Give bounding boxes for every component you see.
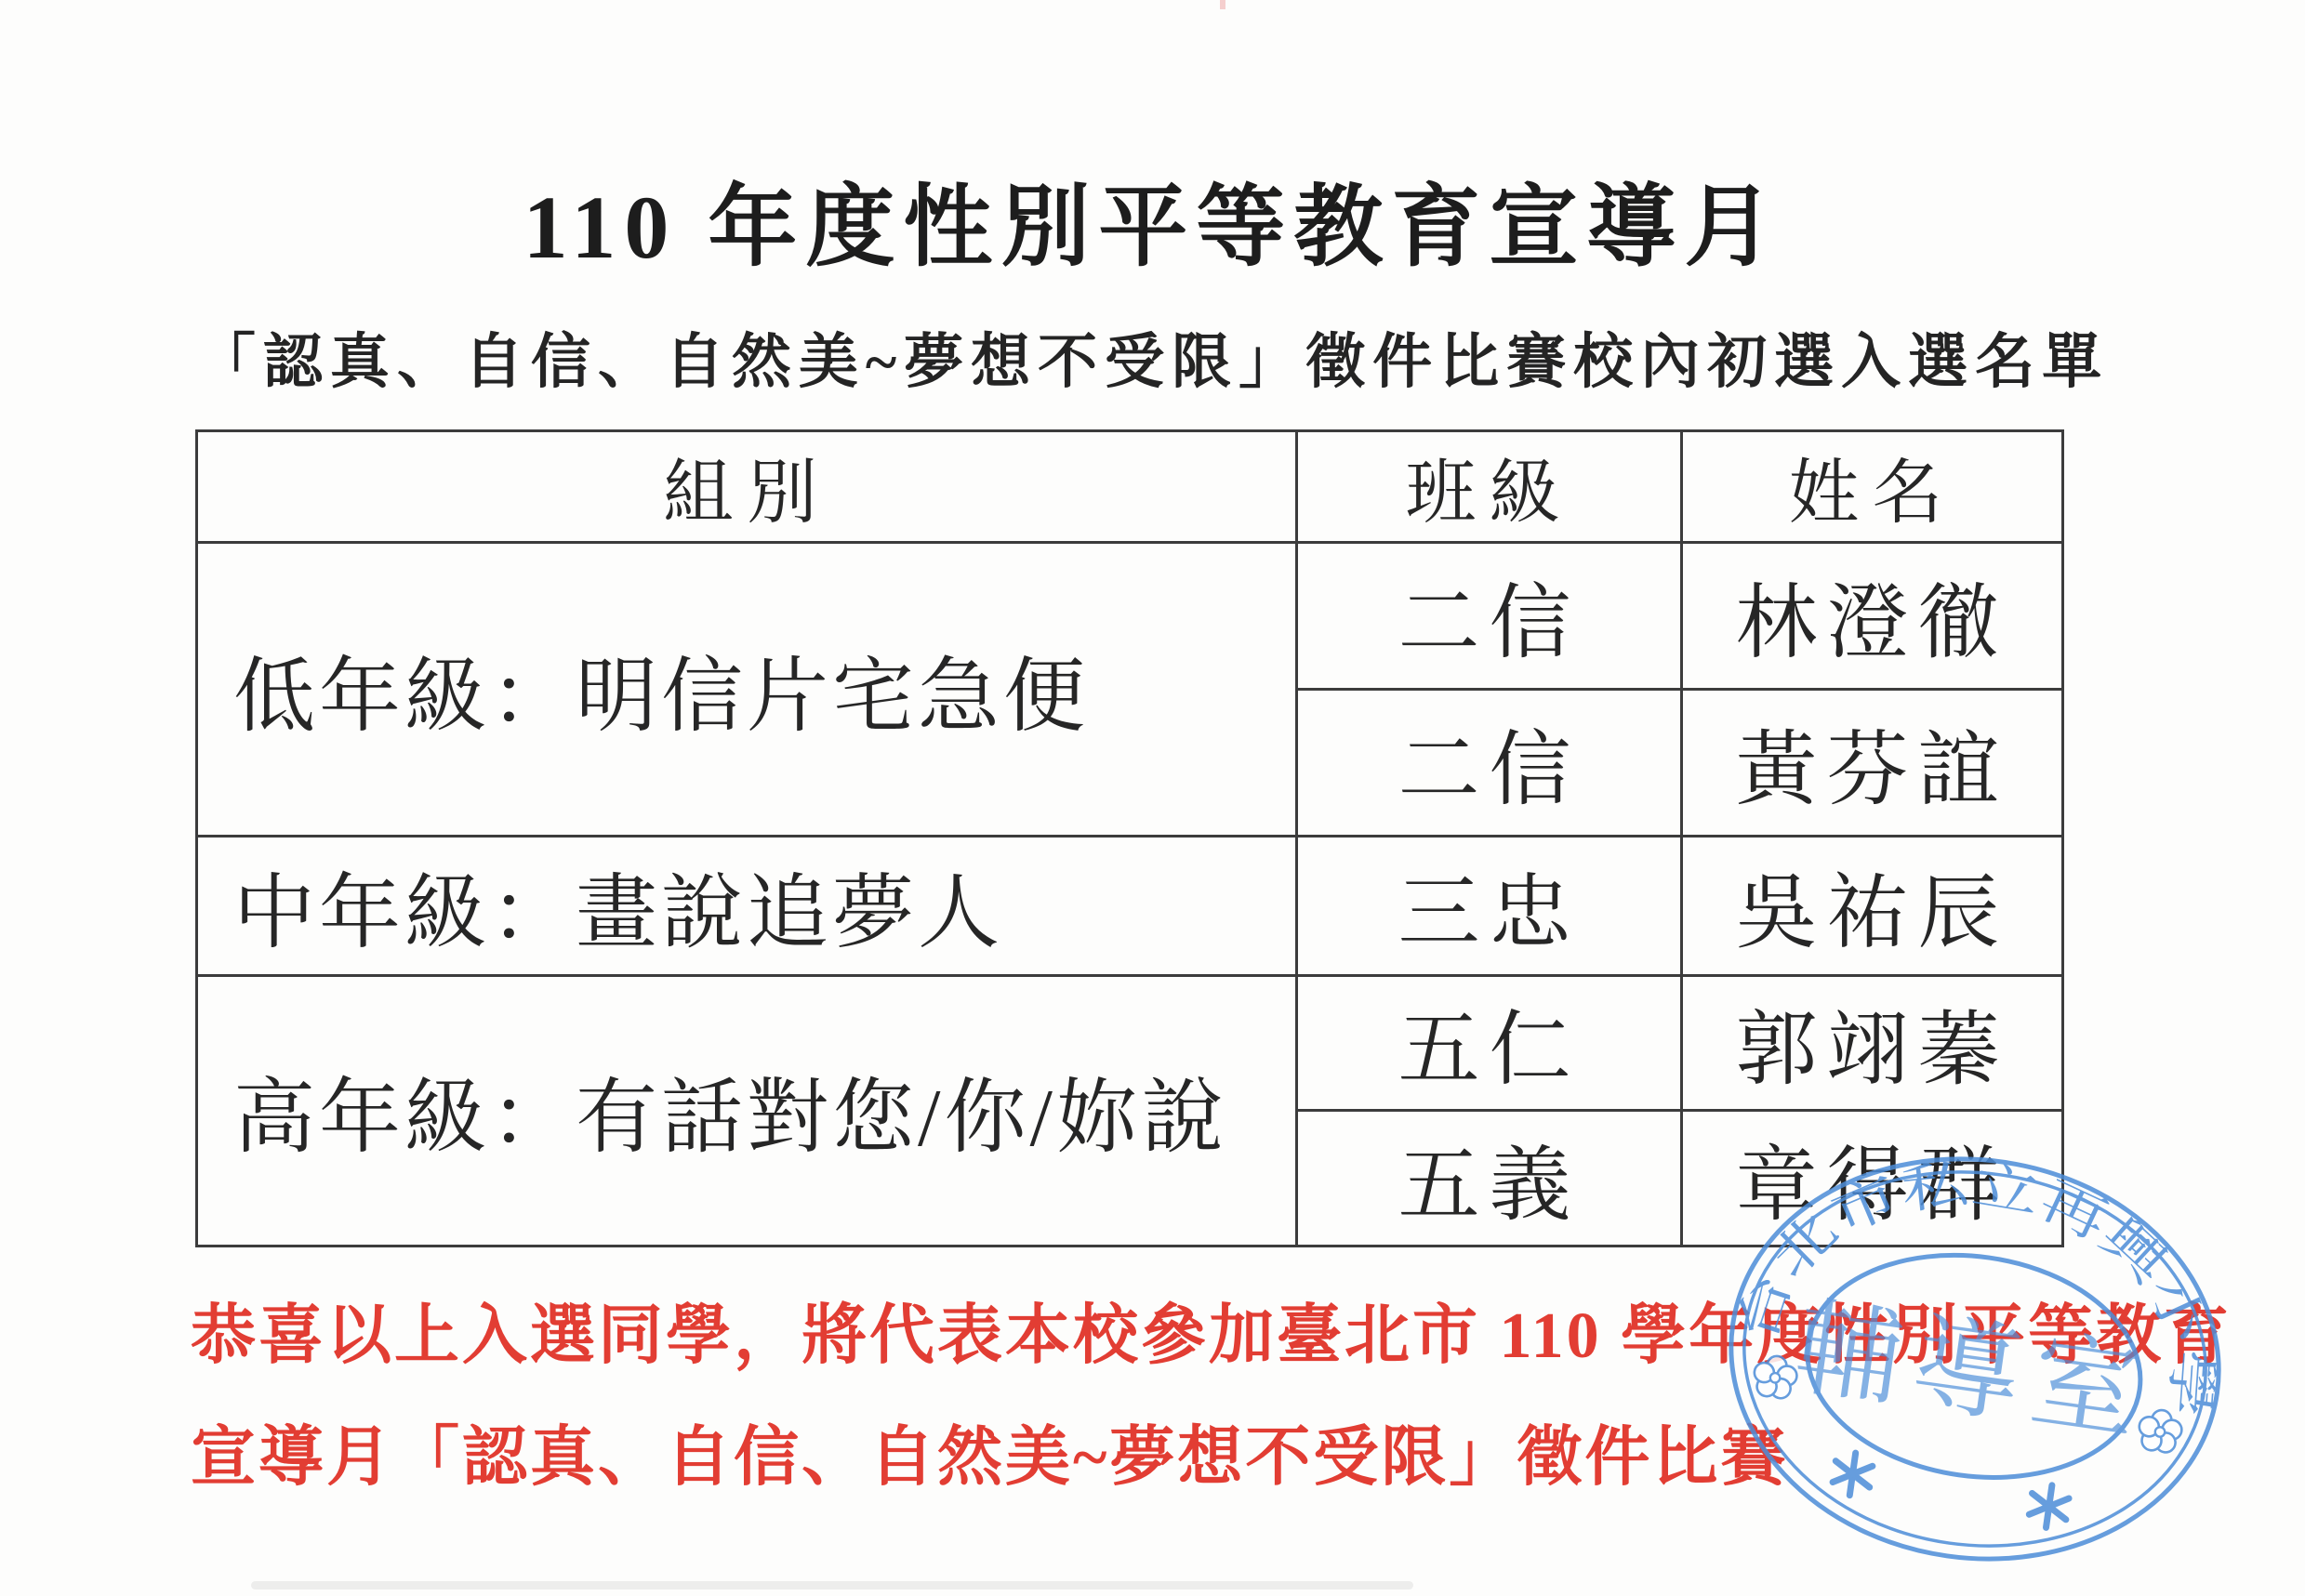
name-cell: 郭翊蓁	[1682, 976, 2063, 1111]
class-cell: 三忠	[1297, 837, 1682, 976]
stamp-center-label: 輔導室	[1788, 1288, 2158, 1455]
page-subtitle: 「認真、自信、自然美~夢想不受限」徵件比賽校內初選入選名單	[0, 314, 2305, 400]
scanned-document-page: { "page": { "title": "110 年度性別平等教育宣導月", …	[0, 0, 2305, 1596]
column-header-name: 姓名	[1682, 431, 2063, 543]
class-cell: 二信	[1297, 543, 1682, 690]
selection-roster-table: 組別 班級 姓名 低年級：明信片宅急便 二信 林澄徹 二信 黃芬誼 中年級：畫說…	[195, 429, 2064, 1247]
table-row: 高年級：有話對您/你/妳說 五仁 郭翊蓁	[197, 976, 2063, 1111]
class-cell: 二信	[1297, 690, 1682, 837]
name-cell: 黃芬誼	[1682, 690, 2063, 837]
scan-dot-artifact	[1220, 0, 1225, 9]
name-cell: 林澄徹	[1682, 543, 2063, 690]
page-title: 110 年度性別平等教育宣導月	[0, 156, 2305, 284]
group-cell-senior: 高年級：有話對您/你/妳說	[197, 976, 1297, 1246]
class-cell: 五義	[1297, 1111, 1682, 1246]
class-cell: 五仁	[1297, 976, 1682, 1111]
name-cell: 吳祐辰	[1682, 837, 2063, 976]
group-cell-junior: 低年級：明信片宅急便	[197, 543, 1297, 837]
school-office-stamp: 台北市私立再興小學 輔導室	[1705, 1131, 2245, 1587]
group-cell-middle: 中年級：畫說追夢人	[197, 837, 1297, 976]
table-header-row: 組別 班級 姓名	[197, 431, 2063, 543]
column-header-class: 班級	[1297, 431, 1682, 543]
table-row: 低年級：明信片宅急便 二信 林澄徹	[197, 543, 2063, 690]
column-header-group: 組別	[197, 431, 1297, 543]
table-row: 中年級：畫說追夢人 三忠 吳祐辰	[197, 837, 2063, 976]
scan-smudge-artifact	[251, 1581, 1413, 1589]
